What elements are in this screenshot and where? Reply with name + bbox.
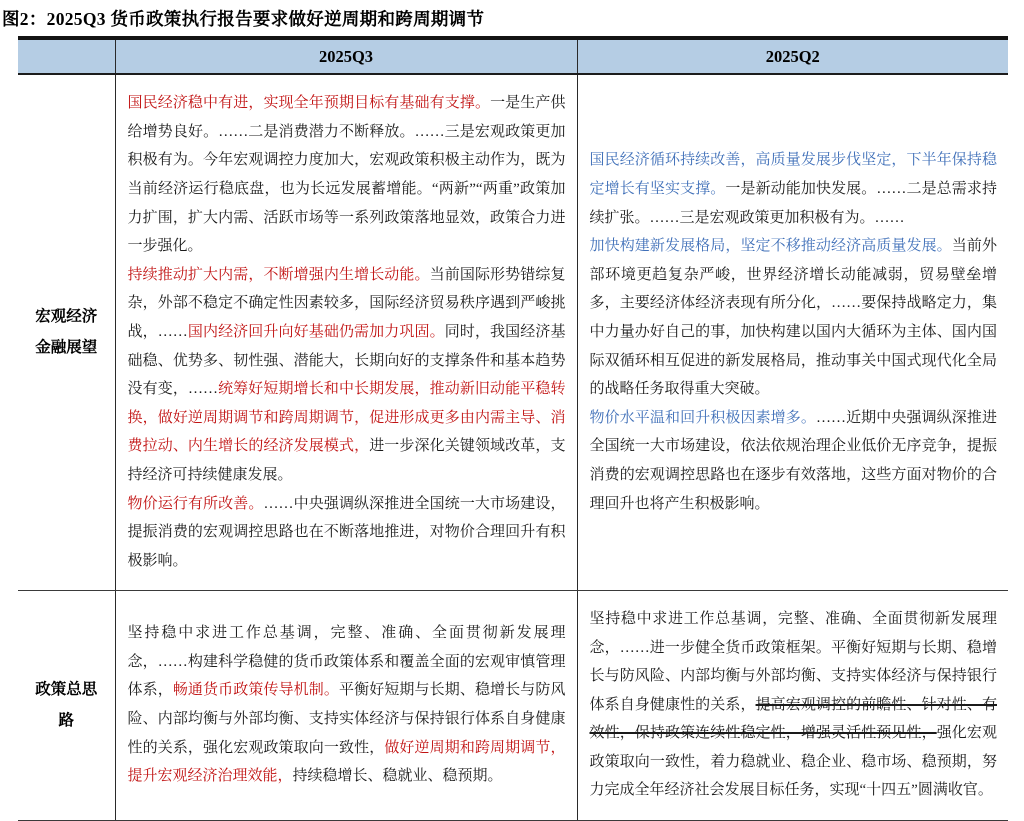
table-header-row: 2025Q3 2025Q2 [18, 38, 1008, 74]
cell-policy-thinking-2025q3: 坚持稳中求进工作总基调，完整、准确、全面贯彻新发展理念，……构建科学稳健的货币政… [115, 590, 577, 820]
document-page: 图2：2025Q3 货币政策执行报告要求做好逆周期和跨周期调节 2025Q3 2… [0, 0, 1024, 821]
row-label-policy-thinking: 政策总思路 [18, 590, 115, 820]
row-label-macro-outlook: 宏观经济金融展望 [18, 74, 115, 590]
table-row-policy-thinking: 政策总思路 坚持稳中求进工作总基调，完整、准确、全面贯彻新发展理念，……构建科学… [18, 590, 1008, 820]
header-cell-label [18, 38, 115, 74]
cell-policy-thinking-2025q2: 坚持稳中求进工作总基调，完整、准确、全面贯彻新发展理念，……进一步健全货币政策框… [577, 590, 1008, 820]
cell-macro-outlook-2025q2: 国民经济循环持续改善，高质量发展步伐坚定，下半年保持稳定增长有坚实支撑。一是新动… [577, 74, 1008, 590]
comparison-table: 2025Q3 2025Q2 宏观经济金融展望 国民经济稳中有进，实现全年预期目标… [18, 36, 1008, 821]
header-cell-2025q3: 2025Q3 [115, 38, 577, 74]
cell-macro-outlook-2025q3: 国民经济稳中有进，实现全年预期目标有基础有支撑。一是生产供给增势良好。……二是消… [115, 74, 577, 590]
figure-title: 图2：2025Q3 货币政策执行报告要求做好逆周期和跨周期调节 [0, 4, 1024, 36]
header-cell-2025q2: 2025Q2 [577, 38, 1008, 74]
table-row-macro-outlook: 宏观经济金融展望 国民经济稳中有进，实现全年预期目标有基础有支撑。一是生产供给增… [18, 74, 1008, 590]
